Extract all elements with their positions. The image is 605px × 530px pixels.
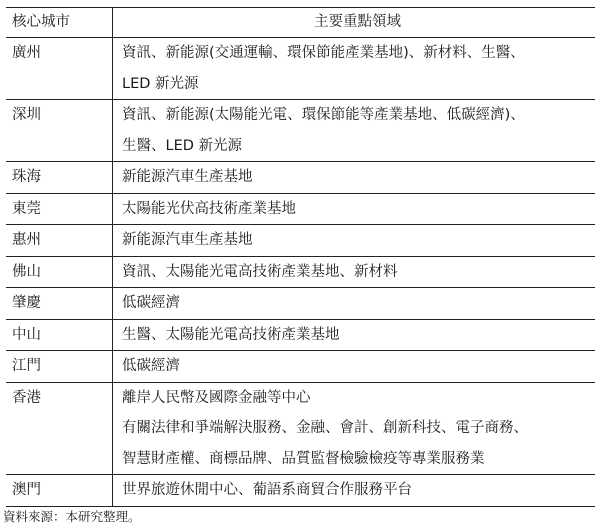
table-row: 東莞太陽能光伏高技術產業基地: [6, 193, 595, 225]
focus-cell: 新能源汽車生產基地: [113, 225, 596, 257]
city-name: 廣州: [12, 38, 112, 68]
city-cell: 香港: [6, 382, 113, 475]
table-row: 珠海新能源汽車生產基地: [6, 162, 595, 194]
table-row: 深圳資訊、新能源(太陽能光電、環保節能等產業基地、低碳經濟)、生醫、LED 新光…: [6, 100, 595, 162]
city-cell: 東莞: [6, 193, 113, 225]
city-name: 肇慶: [12, 288, 112, 318]
table-row: 廣州資訊、新能源(交通運輸、環保節能產業基地)、新材料、生醫、LED 新光源: [6, 38, 595, 100]
focus-cell: 新能源汽車生產基地: [113, 162, 596, 194]
table-row: 澳門世界旅遊休閒中心、葡語系商貿合作服務平台: [6, 475, 595, 507]
focus-text-line: 有關法律和爭端解決服務、金融、會計、創新科技、電子商務、: [122, 413, 593, 444]
city-cell: 廣州: [6, 38, 113, 100]
city-name: 東莞: [12, 194, 112, 224]
city-name: 佛山: [12, 257, 112, 287]
focus-cell: 低碳經濟: [113, 288, 596, 320]
focus-text-line: 太陽能光伏高技術產業基地: [122, 194, 593, 225]
table-header-row: 核心城市 主要重點領域: [6, 8, 595, 38]
city-cell: 肇慶: [6, 288, 113, 320]
focus-cell: 資訊、新能源(太陽能光電、環保節能等產業基地、低碳經濟)、生醫、LED 新光源: [113, 100, 596, 162]
focus-text-line: 低碳經濟: [122, 351, 593, 382]
focus-text-line: 世界旅遊休閒中心、葡語系商貿合作服務平台: [122, 475, 593, 506]
focus-text-line: 資訊、新能源(交通運輸、環保節能產業基地)、新材料、生醫、: [122, 38, 593, 69]
focus-text-line: 生醫、太陽能光電高技術產業基地: [122, 320, 593, 351]
city-cell: 珠海: [6, 162, 113, 194]
focus-text-line: 智慧財產權、商標品牌、品質監督檢驗檢疫等專業服務業: [122, 444, 593, 475]
focus-text-line: 資訊、太陽能光電高技術產業基地、新材料: [122, 257, 593, 288]
focus-text-line: 資訊、新能源(太陽能光電、環保節能等產業基地、低碳經濟)、: [122, 100, 593, 131]
city-cell: 中山: [6, 319, 113, 351]
focus-cell: 資訊、新能源(交通運輸、環保節能產業基地)、新材料、生醫、LED 新光源: [113, 38, 596, 100]
focus-cell: 低碳經濟: [113, 351, 596, 383]
source-footnote: 資料來源：本研究整理。: [3, 508, 141, 526]
focus-cell: 離岸人民幣及國際金融等中心有關法律和爭端解決服務、金融、會計、創新科技、電子商務…: [113, 382, 596, 475]
city-name: 珠海: [12, 162, 112, 192]
focus-text-line: 生醫、LED 新光源: [122, 131, 593, 162]
city-cell: 佛山: [6, 256, 113, 288]
focus-cell: 生醫、太陽能光電高技術產業基地: [113, 319, 596, 351]
table-row: 惠州新能源汽車生產基地: [6, 225, 595, 257]
table-row: 佛山資訊、太陽能光電高技術產業基地、新材料: [6, 256, 595, 288]
focus-text-line: LED 新光源: [122, 69, 593, 100]
table-row: 香港離岸人民幣及國際金融等中心有關法律和爭端解決服務、金融、會計、創新科技、電子…: [6, 382, 595, 475]
table-row: 江門低碳經濟: [6, 351, 595, 383]
city-cell: 江門: [6, 351, 113, 383]
city-name: 澳門: [12, 475, 112, 505]
focus-text-line: 新能源汽車生產基地: [122, 225, 593, 256]
focus-text-line: 低碳經濟: [122, 288, 593, 319]
focus-text-line: 離岸人民幣及國際金融等中心: [122, 383, 593, 414]
header-focus: 主要重點領域: [113, 8, 596, 38]
core-cities-table: 核心城市 主要重點領域 廣州資訊、新能源(交通運輸、環保節能產業基地)、新材料、…: [6, 7, 595, 507]
city-name: 深圳: [12, 100, 112, 130]
header-city: 核心城市: [6, 8, 113, 38]
focus-cell: 資訊、太陽能光電高技術產業基地、新材料: [113, 256, 596, 288]
city-name: 江門: [12, 351, 112, 381]
city-cell: 深圳: [6, 100, 113, 162]
focus-text-line: 新能源汽車生產基地: [122, 162, 593, 193]
city-name: 中山: [12, 320, 112, 350]
city-name: 惠州: [12, 225, 112, 255]
focus-cell: 太陽能光伏高技術產業基地: [113, 193, 596, 225]
table-row: 肇慶低碳經濟: [6, 288, 595, 320]
city-name: 香港: [12, 383, 112, 413]
table-row: 中山生醫、太陽能光電高技術產業基地: [6, 319, 595, 351]
focus-cell: 世界旅遊休閒中心、葡語系商貿合作服務平台: [113, 475, 596, 507]
table-body: 廣州資訊、新能源(交通運輸、環保節能產業基地)、新材料、生醫、LED 新光源深圳…: [6, 38, 595, 507]
city-cell: 惠州: [6, 225, 113, 257]
city-cell: 澳門: [6, 475, 113, 507]
